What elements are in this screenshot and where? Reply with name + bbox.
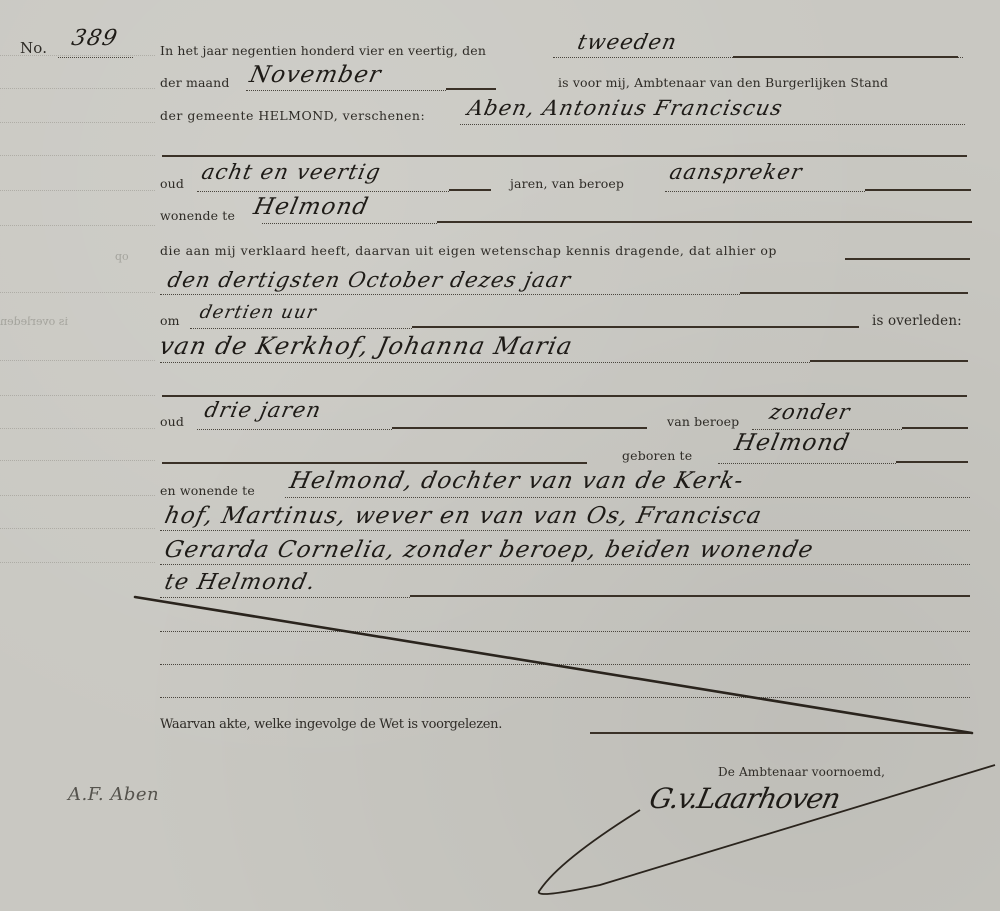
fill-rule [845,258,970,260]
oud2-label: oud [160,414,184,429]
declarant-age: acht en veertig [199,160,383,184]
fill-rule [865,189,971,191]
death-date: den dertigsten October dezes jaar [165,268,573,292]
fill-rule [740,292,968,294]
residence-line-1: Helmond, dochter van van de Kerk- [287,468,746,494]
fill-rule [437,221,972,223]
dotted-field [197,429,392,430]
residence-line-4: te Helmond. [162,570,318,595]
deceased-occupation: zonder [767,400,852,424]
jaren-label: jaren, van beroep [510,176,624,191]
en-wonende-label: en wonende te [160,483,255,498]
maand-label: der maand [160,75,230,90]
record-number-label: No. [20,39,47,57]
dotted-field [190,328,412,329]
dotted-field [160,362,810,363]
fill-rule [162,462,587,464]
fill-rule [902,427,968,429]
fill-rule [410,595,970,597]
record-number: 389 [69,26,120,51]
residence-line-2: hof, Martinus, wever en van van Os, Fran… [162,503,764,529]
fill-rule [590,732,970,734]
ghost-rule [0,495,155,496]
ghost-rule [0,528,155,529]
declarant-signature: A.F. Aben [68,784,159,805]
beroep2-label: van beroep [667,414,739,429]
declarant-name: Aben, Antonius Franciscus [465,96,785,120]
death-time: dertien uur [198,302,319,323]
overleden-label: is overleden: [872,313,962,329]
deceased-age: drie jaren [202,398,323,422]
ambtenaar-signature: G.v.Laarhoven [646,782,842,815]
ghost-rule [0,225,155,226]
geboren-label: geboren te [622,448,692,463]
dotted-field [197,191,449,192]
ghost-rule [0,428,155,429]
dotted-field [262,223,437,224]
fill-rule [810,360,968,362]
birthplace: Helmond [732,430,852,456]
civil-record-page: op is overleden No. 389 In het jaar nege… [0,0,1000,911]
waarvan-text: Waarvan akte, welke ingevolge de Wet is … [160,717,502,732]
ghost-rule [0,88,155,89]
fill-rule [733,56,958,58]
fill-rule [449,189,491,191]
ghost-rule [0,562,155,563]
ambtenaar-signature-label: De Ambtenaar voornoemd, [718,765,885,779]
ghost-rule [0,395,155,396]
fill-rule [162,395,967,397]
dotted-field [718,463,896,464]
fill-rule [446,88,496,90]
dotted-field [665,191,865,192]
ghost-rule [0,292,155,293]
om-label: om [160,313,180,328]
dotted-field [285,497,970,498]
intro-text: In het jaar negentien honderd vier en ve… [160,43,486,58]
dotted-field-empty [160,631,970,632]
ghost-rule [0,155,155,156]
dotted-field-empty [160,697,970,698]
declarant-residence: Helmond [251,194,371,220]
verklaard-text: die aan mij verklaard heeft, daarvan uit… [160,243,777,258]
dotted-field [160,530,970,531]
declarant-occupation: aanspreker [667,160,805,184]
gemeente-label: der gemeente HELMOND, verschenen: [160,108,425,123]
fill-rule [392,427,647,429]
ghost-rule [0,190,155,191]
ghost-rule [0,460,155,461]
residence-line-3: Gerarda Cornelia, zonder beroep, beiden … [162,537,816,563]
fill-rule [412,326,859,328]
fill-rule [896,461,968,463]
month-value: November [247,62,384,88]
dotted-field [160,597,410,598]
wonende-label: wonende te [160,208,235,223]
ghost-text: op [115,250,129,263]
dotted-field-empty [160,664,970,665]
ghost-rule [0,122,155,123]
deceased-name: van de Kerkhof, Johanna Maria [157,332,576,360]
ghost-text: is overleden [0,315,68,328]
oud-label: oud [160,176,184,191]
fill-rule [162,155,967,157]
ghost-rule [0,360,155,361]
dotted-field [58,57,133,58]
dotted-field [160,564,970,565]
ambtenaar-text: is voor mij, Ambtenaar van den Burgerlij… [558,75,888,90]
dotted-field [160,294,740,295]
dotted-field [246,90,446,91]
day-value: tweeden [575,30,679,54]
dotted-field [460,124,965,125]
